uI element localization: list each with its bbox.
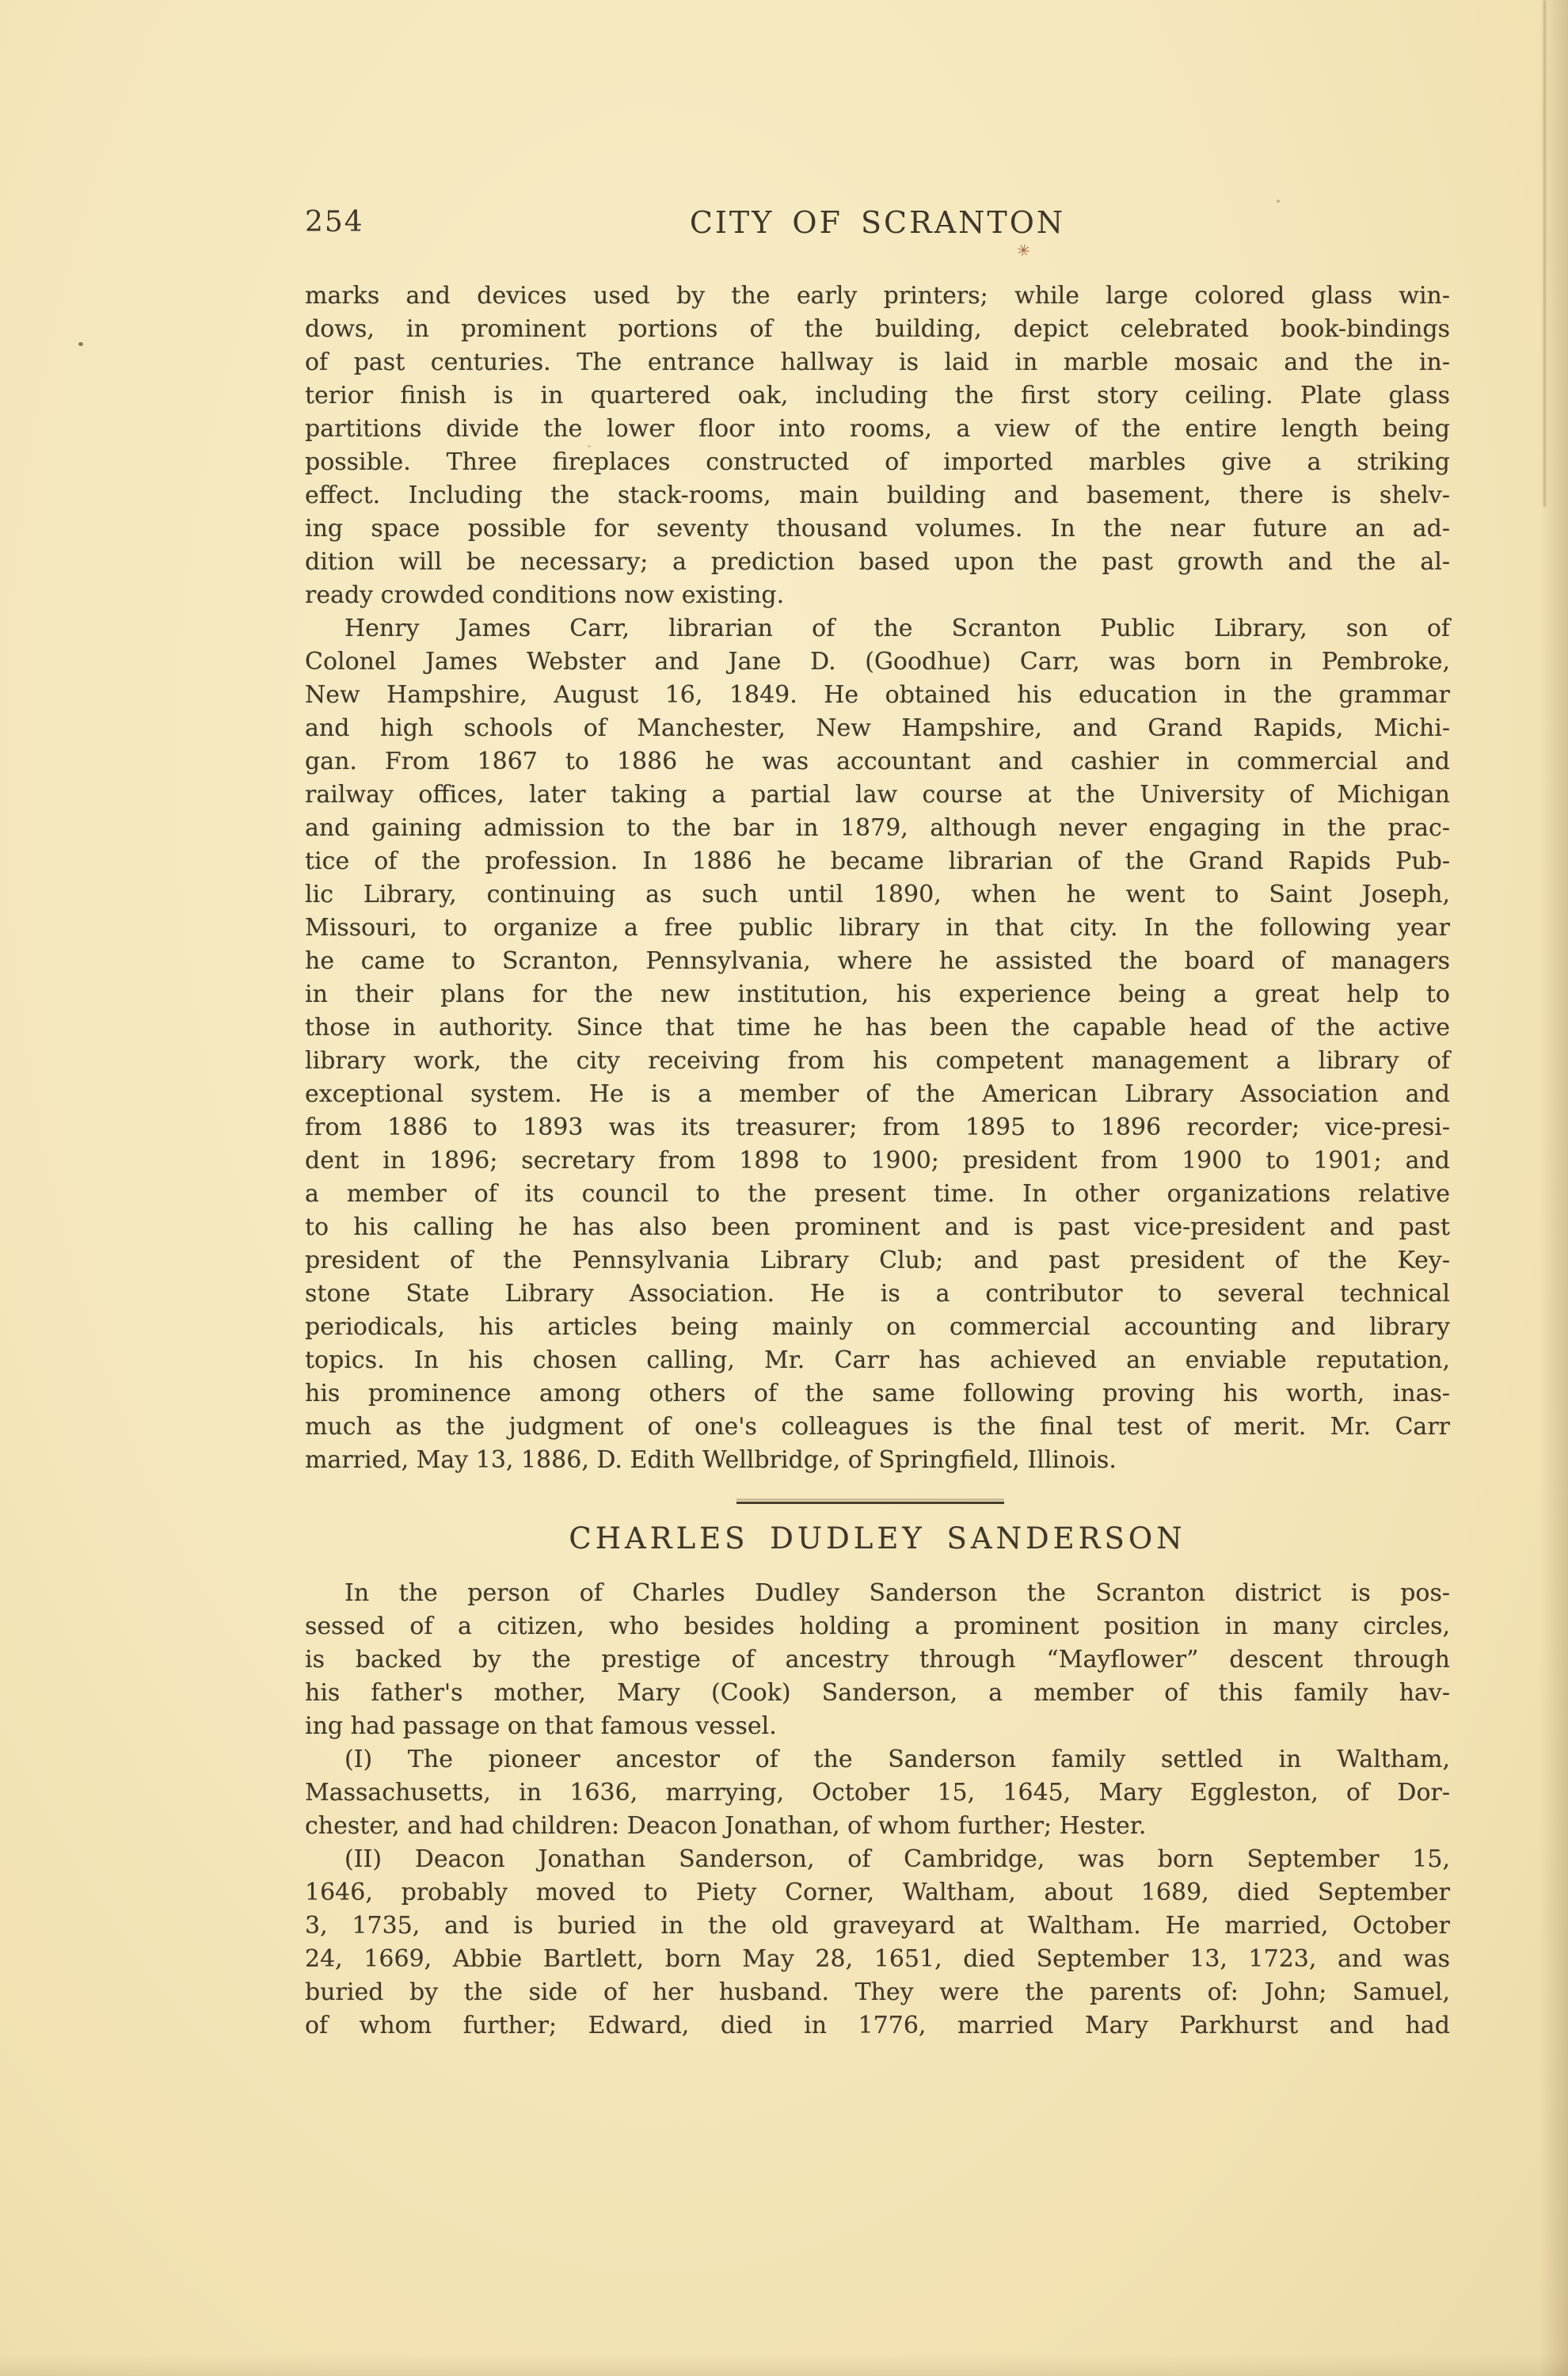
text-line: terior finish is in quartered oak, inclu…	[305, 379, 1450, 413]
text-line: and gaining admission to the bar in 1879…	[305, 812, 1450, 845]
text-line: tice of the profession. In 1886 he becam…	[305, 845, 1450, 878]
text-line: lic Library, continuing as such until 18…	[305, 878, 1450, 912]
page-edge-shadow-bottom	[0, 2354, 1568, 2376]
text-line: ready crowded conditions now existing.	[305, 579, 1450, 612]
paragraph-sanderson-intro: In the person of Charles Dudley Sanderso…	[305, 1577, 1450, 1743]
dust-speck	[78, 342, 83, 346]
text-line: in their plans for the new institution, …	[305, 978, 1450, 1011]
page-number: 254	[305, 207, 364, 238]
running-title: CITY OF SCRANTON	[305, 204, 1450, 241]
text-line: from 1886 to 1893 was its treasurer; fro…	[305, 1111, 1450, 1144]
text-line: gan. From 1867 to 1886 he was accountant…	[305, 745, 1450, 779]
text-line: possible. Three fireplaces constructed o…	[305, 446, 1450, 479]
running-header: 254 CITY OF SCRANTON	[305, 204, 1450, 241]
text-line: ing had passage on that famous vessel.	[305, 1710, 1450, 1743]
text-line: to his calling he has also been prominen…	[305, 1211, 1450, 1244]
text-line: and high schools of Manchester, New Hamp…	[305, 712, 1450, 745]
paragraph-generation-one: (I) The pioneer ancestor of the Sanderso…	[305, 1743, 1450, 1843]
text-line: he came to Scranton, Pennsylvania, where…	[305, 945, 1450, 978]
text-line: ing space possible for seventy thousand …	[305, 512, 1450, 546]
text-line: a member of its council to the present t…	[305, 1178, 1450, 1211]
text-block-upper: marks and devices used by the early prin…	[305, 280, 1450, 1477]
book-page-scan: 254 CITY OF SCRANTON ✳ marks and devices…	[0, 0, 1568, 2376]
text-line: New Hampshire, August 16, 1849. He obtai…	[305, 679, 1450, 712]
text-line: of past centuries. The entrance hallway …	[305, 346, 1450, 379]
text-line: Missouri, to organize a free public libr…	[305, 912, 1450, 945]
text-line: library work, the city receiving from hi…	[305, 1045, 1450, 1078]
text-line: stone State Library Association. He is a…	[305, 1277, 1450, 1311]
text-line: Colonel James Webster and Jane D. (Goodh…	[305, 645, 1450, 679]
text-line: president of the Pennsylvania Library Cl…	[305, 1244, 1450, 1277]
text-line: Massachusetts, in 1636, marrying, Octobe…	[305, 1776, 1450, 1810]
text-line: 24, 1669, Abbie Bartlett, born May 28, 1…	[305, 1943, 1450, 1976]
dust-speck	[1277, 200, 1280, 203]
dust-speck	[588, 445, 591, 447]
text-line: his prominence among others of the same …	[305, 1377, 1450, 1411]
text-line: is backed by the prestige of ancestry th…	[305, 1643, 1450, 1677]
paragraph-library-building: marks and devices used by the early prin…	[305, 280, 1450, 612]
text-line: (II) Deacon Jonathan Sanderson, of Cambr…	[305, 1843, 1450, 1876]
text-line: periodicals, his articles being mainly o…	[305, 1311, 1450, 1344]
text-line: dition will be necessary; a prediction b…	[305, 546, 1450, 579]
ink-spot-mark: ✳	[1014, 239, 1032, 261]
text-line: dows, in prominent portions of the build…	[305, 313, 1450, 346]
text-line: partitions divide the lower floor into r…	[305, 413, 1450, 446]
text-line: those in authority. Since that time he h…	[305, 1011, 1450, 1045]
text-line: In the person of Charles Dudley Sanderso…	[305, 1577, 1450, 1610]
text-line: exceptional system. He is a member of th…	[305, 1078, 1450, 1111]
section-divider-rule	[736, 1502, 1004, 1504]
text-line: married, May 13, 1886, D. Edith Wellbrid…	[305, 1444, 1450, 1477]
text-line: Henry James Carr, librarian of the Scran…	[305, 612, 1450, 645]
text-line: dent in 1896; secretary from 1898 to 190…	[305, 1144, 1450, 1178]
text-line: his father's mother, Mary (Cook) Sanders…	[305, 1677, 1450, 1710]
text-line: (I) The pioneer ancestor of the Sanderso…	[305, 1743, 1450, 1776]
text-line: 1646, probably moved to Piety Corner, Wa…	[305, 1876, 1450, 1910]
text-block-lower: In the person of Charles Dudley Sanderso…	[305, 1577, 1450, 2043]
text-line: railway offices, later taking a partial …	[305, 779, 1450, 812]
paragraph-henry-james-carr: Henry James Carr, librarian of the Scran…	[305, 612, 1450, 1477]
text-line: of whom further; Edward, died in 1776, m…	[305, 2009, 1450, 2043]
paragraph-generation-two: (II) Deacon Jonathan Sanderson, of Cambr…	[305, 1843, 1450, 2043]
text-line: topics. In his chosen calling, Mr. Carr …	[305, 1344, 1450, 1377]
text-line: effect. Including the stack-rooms, main …	[305, 479, 1450, 512]
text-line: 3, 1735, and is buried in the old gravey…	[305, 1910, 1450, 1943]
text-line: much as the judgment of one's colleagues…	[305, 1411, 1450, 1444]
section-heading: CHARLES DUDLEY SANDERSON	[305, 1521, 1450, 1557]
page-edge-shadow-right	[1539, 0, 1568, 2376]
text-line: marks and devices used by the early prin…	[305, 280, 1450, 313]
text-line: chester, and had children: Deacon Jonath…	[305, 1810, 1450, 1843]
text-line: sessed of a citizen, who besides holding…	[305, 1610, 1450, 1643]
text-line: buried by the side of her husband. They …	[305, 1976, 1450, 2009]
